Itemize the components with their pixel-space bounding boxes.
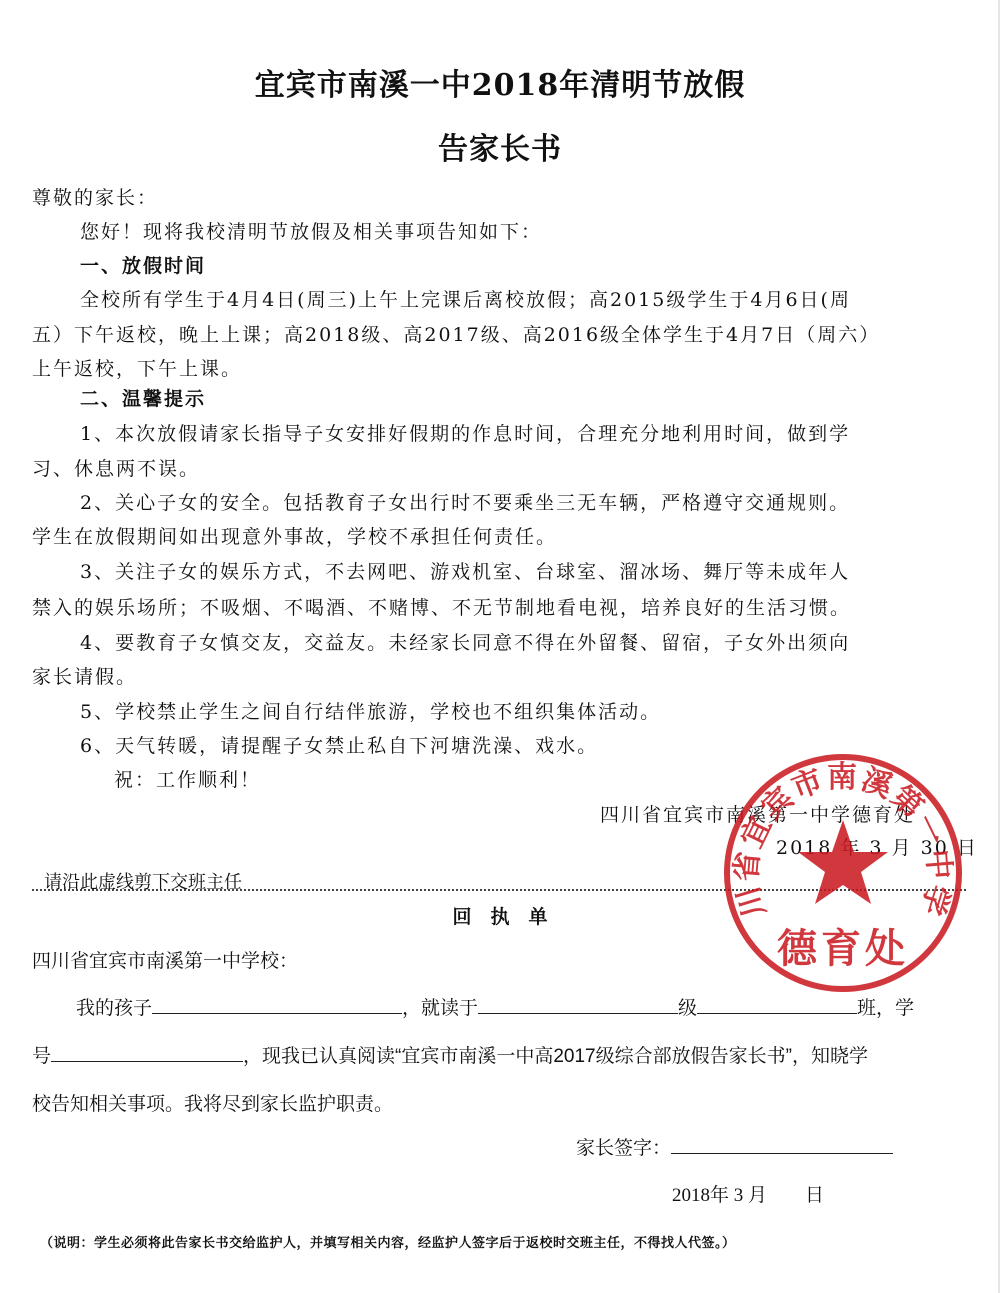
receipt-line-2: 号，现我已认真阅读“宜宾市南溪一中高2017级综合部放假告家长书”，知晓学 [32, 1041, 868, 1068]
document-title: 宜宾市南溪一中2018年清明节放假 [0, 60, 1000, 104]
reminder-2-line-1: 2、关心子女的安全。包括教育子女出行时不要乘坐三无车辆，严格遵守交通规则。 [80, 488, 850, 515]
receipt-title: 回 执 单 [0, 902, 1000, 929]
document-subtitle: 告家长书 [0, 124, 1000, 168]
signature-date: 2018 年 3 月 30 日 [776, 833, 978, 860]
official-seal-icon: 四川省宜宾市南溪第一中学校 德育处 [722, 752, 964, 994]
closing-wish: 祝：工作顺利！ [114, 765, 261, 792]
student-id-field[interactable] [51, 1041, 243, 1062]
holiday-time-line-1: 全校所有学生于4月4日(周三)上午上完课后离校放假；高2015级学生于4月6日(… [80, 285, 851, 312]
reminder-1-line-1: 1、本次放假请家长指导子女安排好假期的作息时间，合理充分地利用时间，做到学 [80, 419, 850, 446]
salutation: 尊敬的家长： [32, 183, 158, 210]
parent-signature-field[interactable] [671, 1133, 893, 1154]
section-heading-reminders: 二、温馨提示 [80, 384, 206, 411]
parent-signature-label: 家长签字： [576, 1138, 671, 1159]
receipt-date: 2018年 3 月 日 [672, 1180, 824, 1207]
signature-organization: 四川省宜宾市南溪第一中学德育处 [600, 800, 915, 827]
cut-dotted-line [32, 889, 966, 891]
holiday-time-line-3: 上午返校，下午上课。 [32, 354, 242, 381]
reminder-4-line-2: 家长请假。 [32, 662, 137, 689]
reminder-1-line-2: 习、休息两不误。 [32, 454, 200, 481]
class-field[interactable] [697, 993, 857, 1014]
receipt-school-label: ，就读于 [402, 998, 478, 1019]
greeting: 您好！现将我校清明节放假及相关事项告知如下： [80, 217, 542, 244]
receipt-grade-label: 级 [678, 998, 697, 1019]
receipt-child-label: 我的孩子 [76, 998, 152, 1019]
footnote: （说明：学生必须将此告家长书交给监护人，并填写相关内容，经监护人签字后于返校时交… [40, 1232, 736, 1251]
receipt-acknowledgement: ，现我已认真阅读“宜宾市南溪一中高2017级综合部放假告家长书”，知晓学 [243, 1046, 868, 1067]
reminder-3-line-1: 3、关注子女的娱乐方式，不去网吧、游戏机室、台球室、溜冰场、舞厅等未成年人 [80, 557, 850, 584]
reminder-5: 5、学校禁止学生之间自行结伴旅游，学校也不组织集体活动。 [80, 697, 661, 724]
receipt-class-label: 班，学 [857, 998, 914, 1019]
grade-field[interactable] [478, 993, 678, 1014]
reminder-6: 6、天气转暖，请提醒子女禁止私自下河塘洗澡、戏水。 [80, 731, 598, 758]
reminder-2-line-2: 学生在放假期间如出现意外事故，学校不承担任何责任。 [32, 522, 557, 549]
parent-signature-row: 家长签字： [576, 1133, 893, 1160]
child-name-field[interactable] [152, 993, 402, 1014]
svg-text:德育处: 德育处 [777, 926, 909, 972]
receipt-line-3: 校告知相关事项。我将尽到家长监护职责。 [32, 1089, 393, 1116]
receipt-id-label: 号 [32, 1046, 51, 1067]
section-heading-holiday-time: 一、放假时间 [80, 251, 206, 278]
reminder-3-line-2: 禁入的娱乐场所；不吸烟、不喝酒、不赌博、不无节制地看电视，培养良好的生活习惯。 [32, 593, 851, 620]
reminder-4-line-1: 4、要教育子女慎交友，交益友。未经家长同意不得在外留餐、留宿，子女外出须向 [80, 628, 850, 655]
receipt-line-1: 我的孩子，就读于级班，学 [76, 993, 914, 1020]
holiday-time-line-2: 五）下午返校，晚上上课；高2018级、高2017级、高2016级全体学生于4月7… [32, 320, 880, 347]
receipt-addressee: 四川省宜宾市南溪第一中学校： [32, 946, 298, 973]
